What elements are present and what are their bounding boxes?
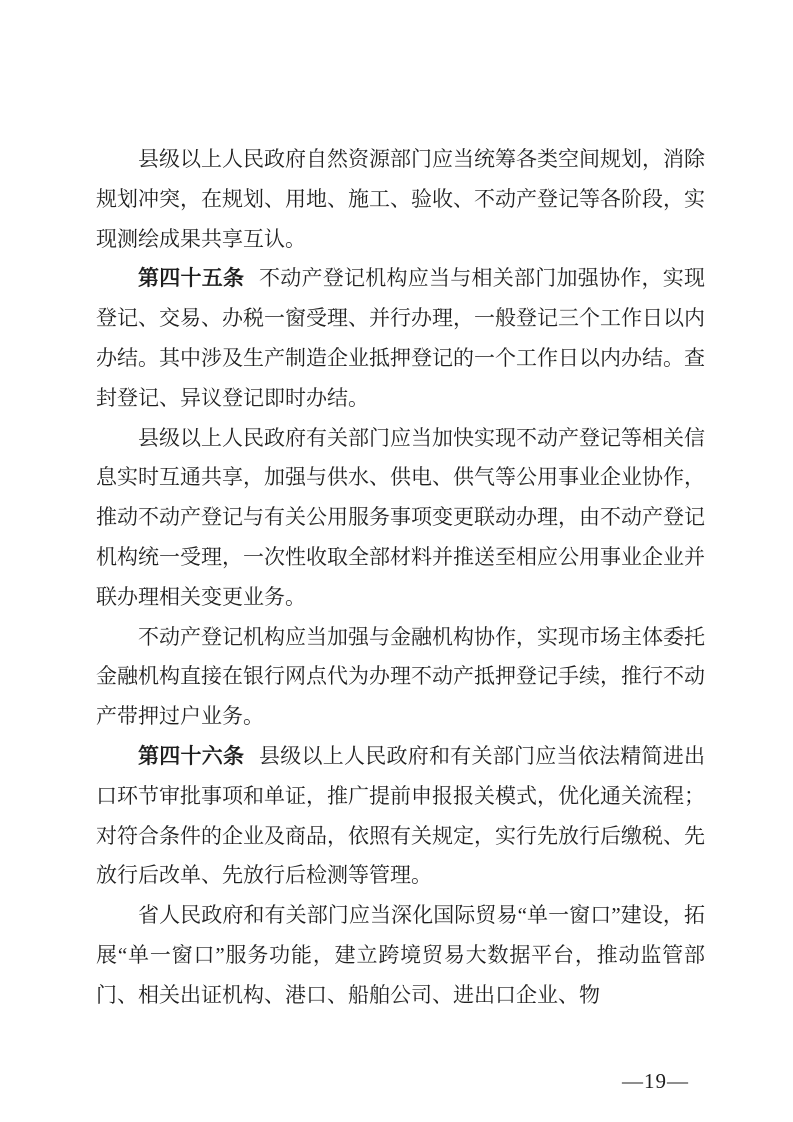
paragraph: 省人民政府和有关部门应当深化国际贸易“单一窗口”建设，拓展“单一窗口”服务功能，… — [96, 896, 705, 1015]
paragraph-text: 县级以上人民政府自然资源部门应当统筹各类空间规划，消除规划冲突，在规划、用地、施… — [96, 147, 705, 251]
paragraph: 县级以上人民政府自然资源部门应当统筹各类空间规划，消除规划冲突，在规划、用地、施… — [96, 140, 705, 259]
document-page: 县级以上人民政府自然资源部门应当统筹各类空间规划，消除规划冲突，在规划、用地、施… — [0, 0, 793, 1122]
article-number: 第四十六条 — [138, 744, 244, 768]
document-body: 县级以上人民政府自然资源部门应当统筹各类空间规划，消除规划冲突，在规划、用地、施… — [96, 140, 705, 1016]
paragraph: 第四十六条县级以上人民政府和有关部门应当依法精简进出口环节审批事项和单证，推广提… — [96, 737, 705, 896]
page-number: —19— — [622, 1069, 689, 1094]
paragraph: 第四十五条不动产登记机构应当与相关部门加强协作，实现登记、交易、办税一窗受理、并… — [96, 259, 705, 418]
paragraph-text: 不动产登记机构应当加强与金融机构协作，实现市场主体委托金融机构直接在银行网点代为… — [96, 625, 705, 729]
paragraph-text: 县级以上人民政府有关部门应当加快实现不动产登记等相关信息实时互通共享，加强与供水… — [96, 426, 705, 609]
paragraph: 县级以上人民政府有关部门应当加快实现不动产登记等相关信息实时互通共享，加强与供水… — [96, 419, 705, 618]
paragraph-text: 省人民政府和有关部门应当深化国际贸易“单一窗口”建设，拓展“单一窗口”服务功能，… — [96, 903, 705, 1007]
article-number: 第四十五条 — [138, 266, 244, 290]
paragraph: 不动产登记机构应当加强与金融机构协作，实现市场主体委托金融机构直接在银行网点代为… — [96, 618, 705, 737]
